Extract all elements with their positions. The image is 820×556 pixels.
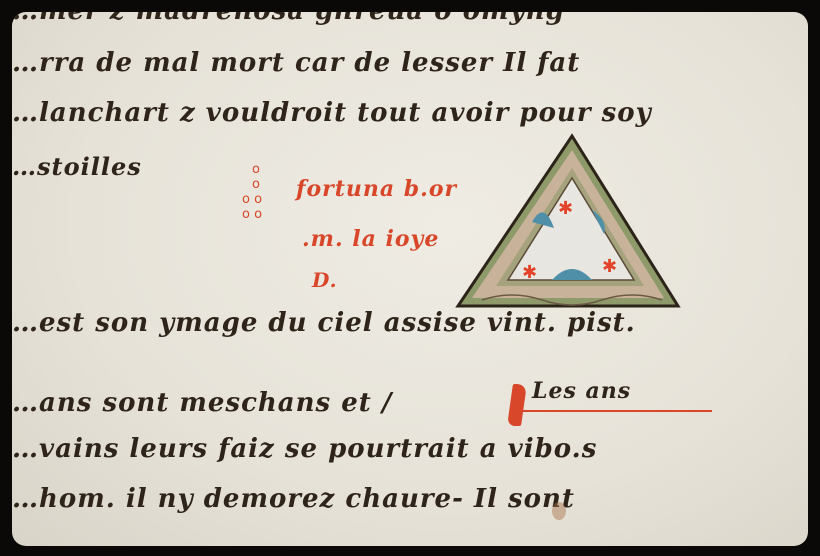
ink-stain [552, 502, 566, 520]
rubric-line-2: .m. la ioye [302, 226, 439, 252]
svg-text:✱: ✱ [602, 256, 617, 277]
rubric-line-3: D. [312, 268, 338, 292]
text-line-6: …ans sont meschans et / [12, 388, 392, 418]
text-line-2: …rra de mal mort car de lesser Il fat [12, 48, 580, 78]
text-line-4: …stoilles [12, 152, 142, 181]
photo-frame: …mer z madrenosa ghreua o omyng …rra de … [0, 0, 820, 556]
text-line-5: …est son ymage du ciel assise vint. pist… [12, 308, 636, 338]
text-line-3: …lanchart z vouldroit tout avoir pour so… [12, 98, 652, 128]
rubric-initial-text: Les ans [532, 378, 631, 404]
red-initial [507, 384, 527, 426]
text-line-7: …vains leurs faiz se pourtrait a vibo.s [12, 434, 597, 464]
geomantic-figure: o o o o o o [242, 162, 262, 222]
svg-text:✱: ✱ [522, 262, 537, 283]
text-line-1: …mer z madrenosa ghreua o omyng [12, 12, 565, 26]
svg-text:✱: ✱ [558, 198, 573, 219]
painted-triangle-diagram: ✱ ✱ ✱ [452, 130, 684, 316]
manuscript-page: …mer z madrenosa ghreua o omyng …rra de … [12, 12, 808, 546]
text-line-8: …hom. il ny demorez chaure- Il sont [12, 484, 575, 514]
rubric-line-1: fortuna b.or [296, 176, 457, 202]
red-underline [520, 410, 712, 412]
